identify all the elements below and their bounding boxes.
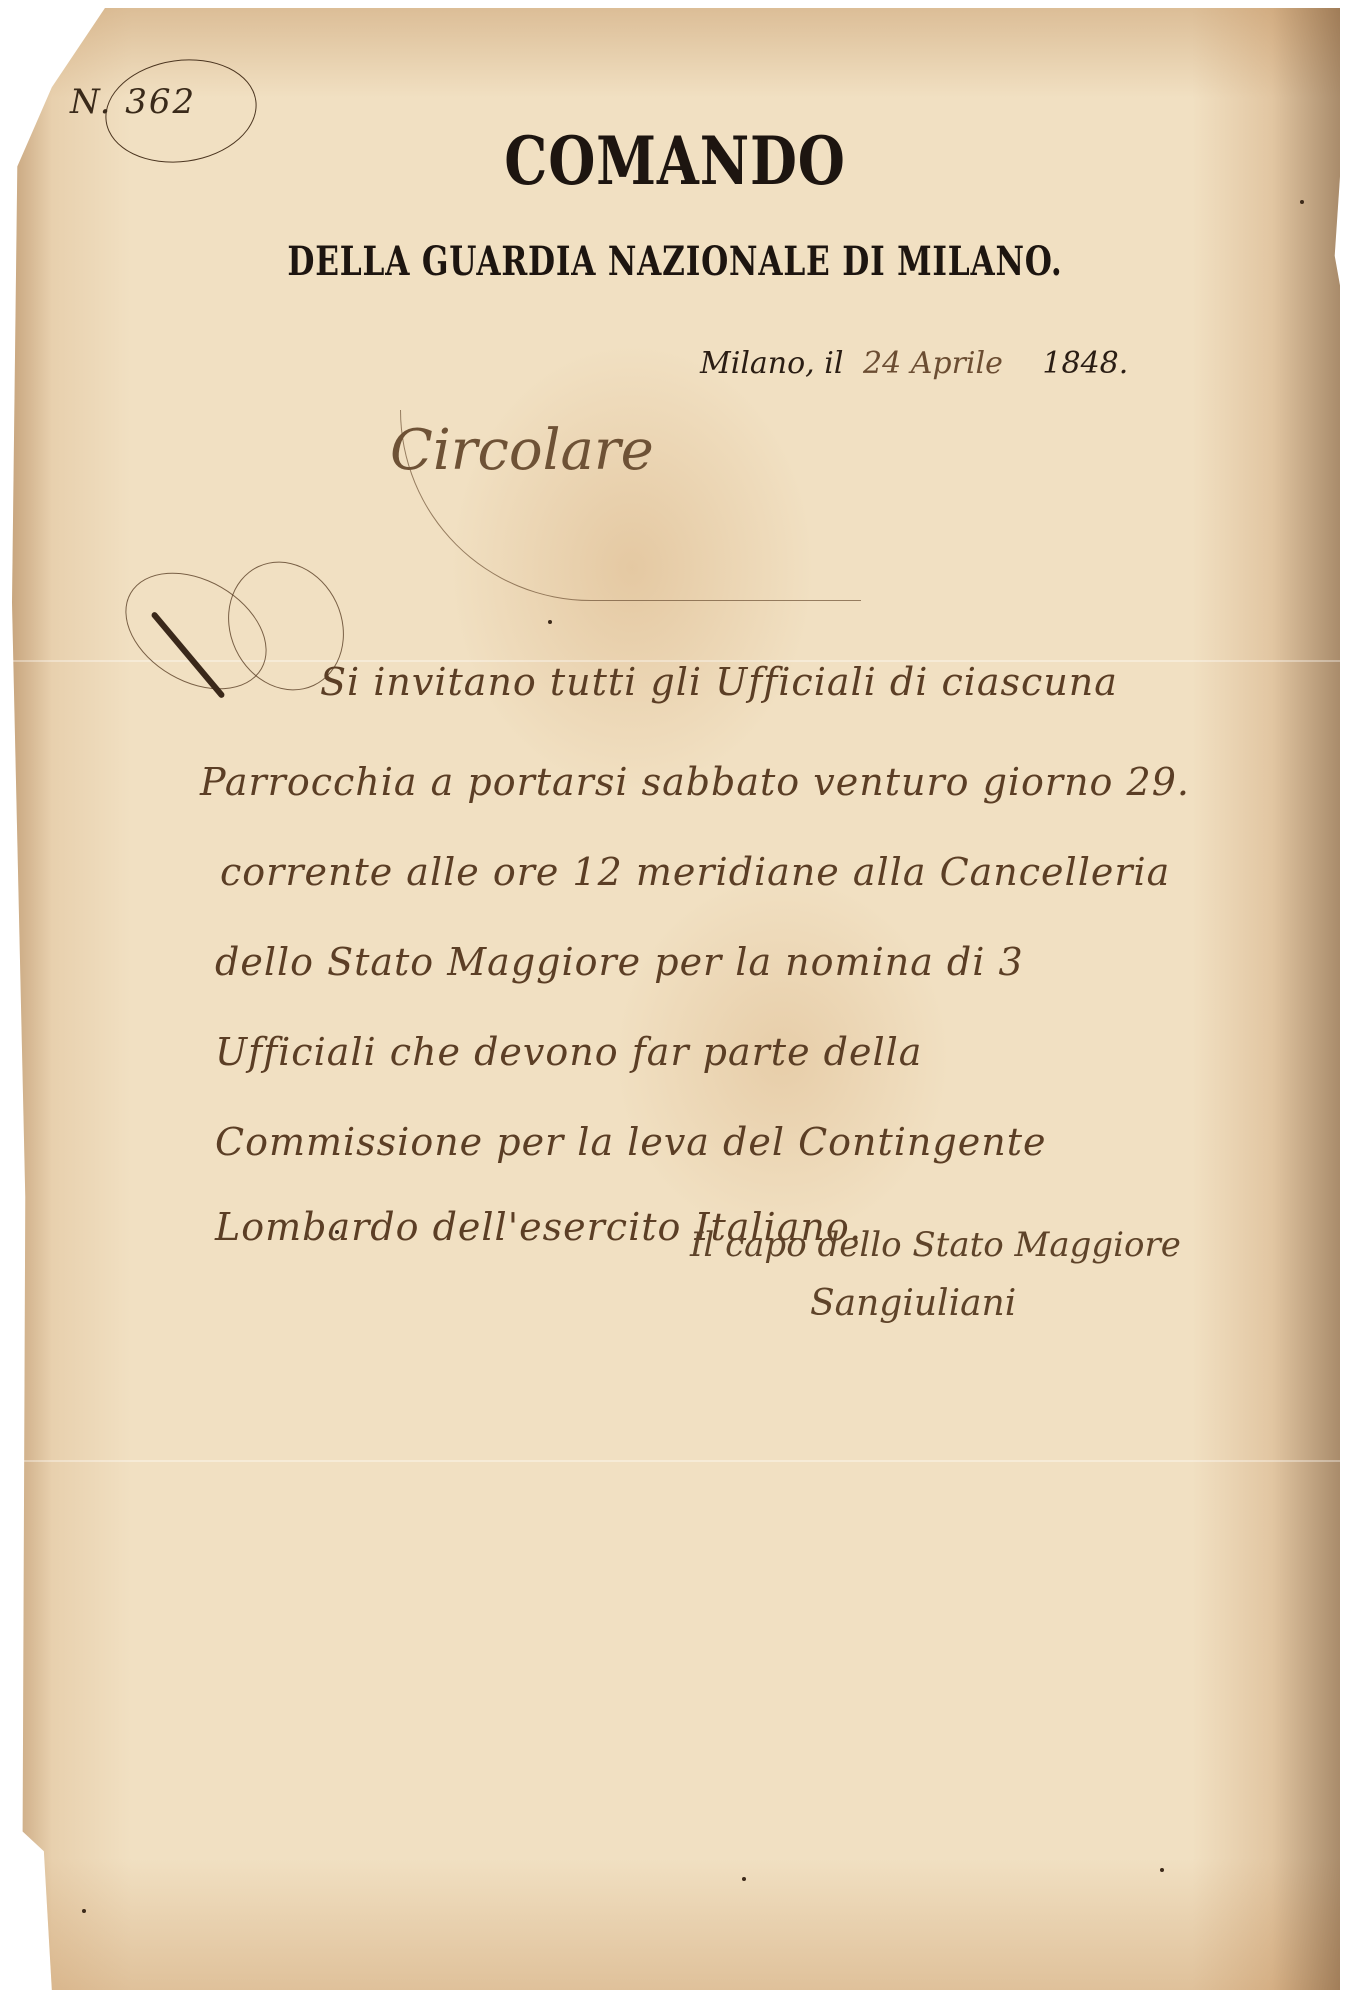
- document-heading: Circolare: [390, 418, 654, 483]
- ink-speck: [1300, 200, 1304, 204]
- date-line: Milano, il 24 Aprile 1848.: [700, 346, 1128, 381]
- letterhead-subtitle: DELLA GUARDIA NAZIONALE DI MILANO.: [149, 238, 1202, 285]
- body-line-1: Si invitano tutti gli Ufficiali di ciasc…: [320, 660, 1118, 704]
- body-line-2: Parrocchia a portarsi sabbato venturo gi…: [200, 760, 1190, 804]
- decorative-initial-s: [120, 560, 340, 740]
- signatory-title: Il capo dello Stato Maggiore: [690, 1225, 1181, 1265]
- body-line-4: dello Stato Maggiore per la nomina di 3: [215, 940, 1024, 984]
- date-printed-prefix: Milano, il: [700, 346, 843, 381]
- ink-speck: [82, 1909, 86, 1913]
- signature: Sangiuliani: [810, 1283, 1181, 1324]
- ink-speck: [1160, 1868, 1164, 1872]
- ink-speck: [335, 1230, 339, 1234]
- signature-block: Il capo dello Stato Maggiore Sangiuliani: [690, 1225, 1181, 1324]
- paper-fold-line: [12, 1460, 1340, 1462]
- reference-number: N. 362: [70, 82, 196, 122]
- ink-speck: [548, 620, 552, 624]
- date-year: 1848.: [1042, 346, 1128, 381]
- body-line-5: Ufficiali che devono far parte della: [215, 1030, 922, 1074]
- date-handwritten: 24 Aprile: [863, 346, 1003, 381]
- ink-speck: [742, 1877, 746, 1881]
- body-line-3: corrente alle ore 12 meridiane alla Canc…: [220, 850, 1170, 894]
- body-line-6: Commissione per la leva del Contingente: [215, 1120, 1046, 1164]
- letterhead-title: COMANDO: [122, 122, 1229, 200]
- aged-paper-sheet: [12, 8, 1340, 1990]
